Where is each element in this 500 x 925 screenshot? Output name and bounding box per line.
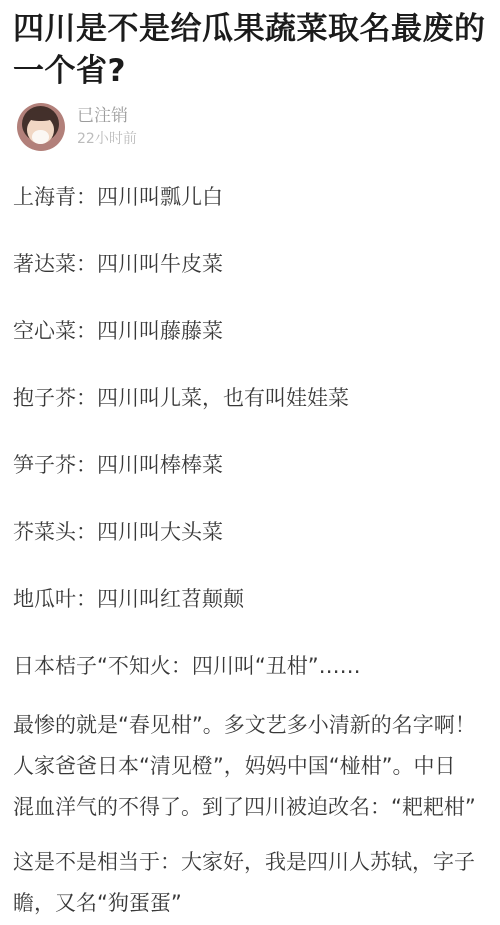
author-name[interactable]: 已注销 xyxy=(77,107,137,126)
paragraph-chunjiangan: 最惨的就是“春见柑”。多文艺多小清新的名字啊！ 人家爸爸日本“清见橙”，妈妈中国… xyxy=(13,705,492,828)
paragraph-line: 混血洋气的不得了。到了四川被迫改名：“耙耙柑” xyxy=(13,787,492,828)
vegetable-line-kongxincai: 空心菜：四川叫藤藤菜 xyxy=(13,317,492,346)
post-timestamp: 22小时前 xyxy=(77,131,137,147)
paragraph-sushi-joke: 这是不是相当于：大家好，我是四川人苏轼，字子 瞻，又名“狗蛋蛋” xyxy=(13,842,492,924)
avatar-bangs-shape xyxy=(26,110,55,121)
vegetable-line-riben-juzi: 日本桔子“不知火：四川叫“丑柑”…… xyxy=(13,652,492,681)
avatar-mask-shape xyxy=(32,130,49,144)
post-body: 上海青：四川叫瓢儿白 著达菜：四川叫牛皮菜 空心菜：四川叫藤藤菜 抱子芥：四川叫… xyxy=(13,183,492,681)
paragraph-line: 瞻，又名“狗蛋蛋” xyxy=(13,883,492,924)
vegetable-line-jiecaitou: 芥菜头：四川叫大头菜 xyxy=(13,518,492,547)
paragraph-line: 这是不是相当于：大家好，我是四川人苏轼，字子 xyxy=(13,842,492,883)
post-title: 四川是不是给瓜果蔬菜取名最废的一个省? xyxy=(13,8,492,92)
author-row: 已注销 22小时前 xyxy=(13,103,492,151)
vegetable-line-diguaye: 地瓜叶：四川叫红苕颠颠 xyxy=(13,585,492,614)
vegetable-line-baozijie: 抱子芥：四川叫儿菜，也有叫娃娃菜 xyxy=(13,384,492,413)
vegetable-line-shanghaiqing: 上海青：四川叫瓢儿白 xyxy=(13,183,492,212)
post-page: 四川是不是给瓜果蔬菜取名最废的一个省? 已注销 22小时前 上海青：四川叫瓢儿白… xyxy=(0,0,500,925)
paragraph-line: 人家爸爸日本“清见橙”，妈妈中国“椪柑”。中日 xyxy=(13,746,492,787)
author-meta: 已注销 22小时前 xyxy=(77,107,137,147)
vegetable-line-zhudacai: 著达菜：四川叫牛皮菜 xyxy=(13,250,492,279)
avatar[interactable] xyxy=(17,103,65,151)
paragraph-line: 最惨的就是“春见柑”。多文艺多小清新的名字啊！ xyxy=(13,705,492,746)
vegetable-line-sunzijie: 笋子芥：四川叫棒棒菜 xyxy=(13,451,492,480)
